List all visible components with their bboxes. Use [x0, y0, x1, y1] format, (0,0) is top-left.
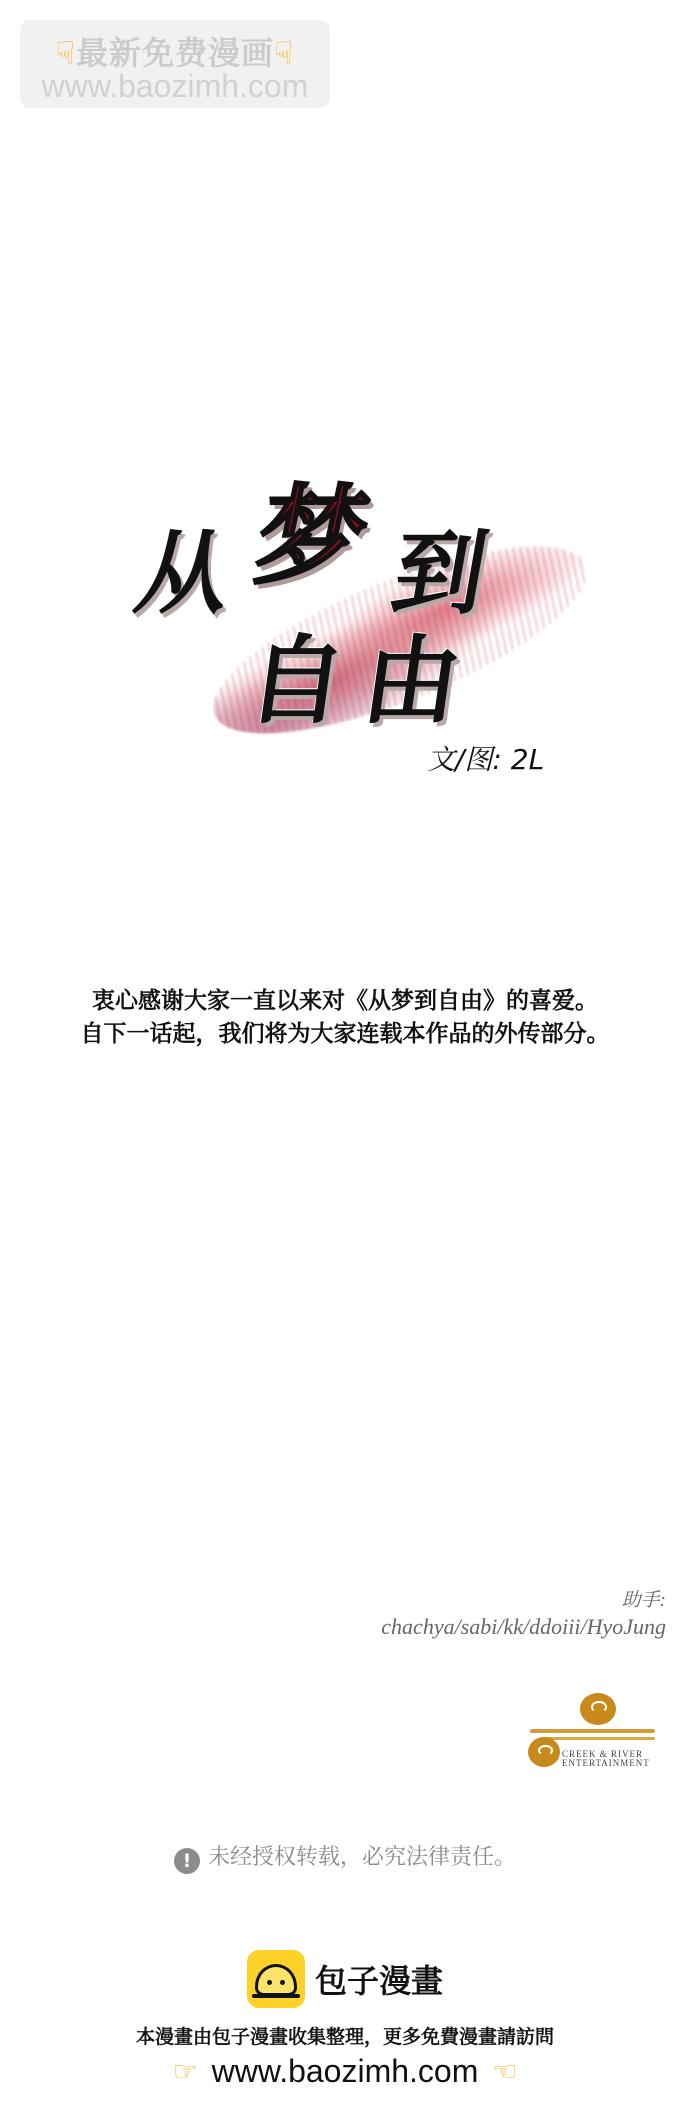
title-char-5: 由 [355, 605, 470, 742]
site-url-link[interactable]: www.baozimh.com [212, 2053, 479, 2090]
assistant-label: 助手: [381, 1585, 666, 1612]
title-char-1: 从 [126, 500, 246, 632]
logo-brush-stroke [545, 1737, 655, 1740]
copyright-warning: !未经授权转载，必究法律责任。 [0, 1840, 690, 1874]
announcement-text: 衷心感谢大家一直以来对《从梦到自由》的喜爱。 自下一话起，我们将为大家连载本作品… [0, 985, 690, 1051]
author-credit: 文/图: 2L [427, 738, 544, 778]
watermark-text: 最新免费漫画 [76, 34, 274, 72]
bun-base [252, 1994, 300, 1998]
watermark-banner: ☟最新免费漫画☟ www.baozimh.com [20, 20, 330, 108]
logo-ball-icon [528, 1737, 560, 1767]
assistant-credits: 助手: chachya/sabi/kk/ddoiii/HyoJung [381, 1585, 666, 1640]
title-char-4: 自 [240, 605, 355, 742]
pointing-right-hand-icon: ☞ [173, 2055, 198, 2088]
assistant-names: chachya/sabi/kk/ddoiii/HyoJung [381, 1614, 666, 1640]
creek-river-logo: CREEK & RIVER ENTERTAINMENT [520, 1685, 660, 1770]
promo-text: 本漫畫由包子漫畫收集整理，更多免費漫畫請訪問 [0, 2022, 690, 2049]
announcement-line-2: 自下一话起，我们将为大家连载本作品的外传部分。 [0, 1018, 690, 1051]
pointing-left-hand-icon: ☜ [492, 2055, 517, 2088]
announcement-line-1: 衷心感谢大家一直以来对《从梦到自由》的喜爱。 [0, 985, 690, 1018]
pointing-down-hand-icon: ☟ [274, 34, 294, 72]
title-logo-art: 从 梦 到 自 由 [130, 440, 600, 740]
url-row: ☞ www.baozimh.com ☜ [0, 2053, 690, 2090]
pointing-down-hand-icon: ☟ [56, 34, 76, 72]
logo-text-line2: ENTERTAINMENT [562, 1758, 650, 1768]
promo-footer: 包子漫畫 本漫畫由包子漫畫收集整理，更多免費漫畫請訪問 ☞ www.baozim… [0, 1950, 690, 2090]
copyright-warning-text: 未经授权转载，必究法律责任。 [208, 1845, 516, 1870]
title-char-2: 梦 [244, 450, 385, 605]
exclamation-circle-icon: ! [174, 1848, 200, 1874]
watermark-url: www.baozimh.com [20, 68, 330, 105]
logo-brush-stroke [530, 1729, 655, 1733]
brand-name: 包子漫畫 [315, 1956, 443, 2002]
logo-ball-icon [580, 1693, 616, 1725]
brand-row[interactable]: 包子漫畫 [0, 1950, 690, 2008]
bun-face-icon [255, 1964, 297, 1996]
baozi-app-icon [247, 1950, 305, 2008]
